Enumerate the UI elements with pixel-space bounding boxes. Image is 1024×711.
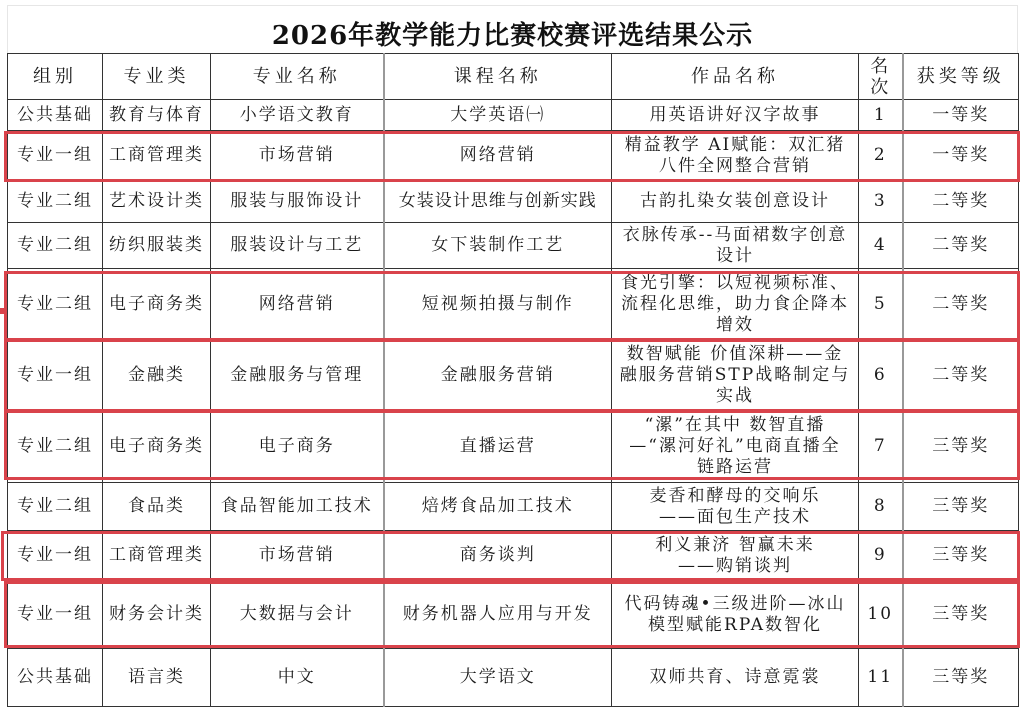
cell-group: 专业二组	[8, 411, 103, 483]
cell-award: 二等奖	[903, 223, 1019, 269]
cell-rank: 11	[859, 649, 903, 707]
work-line: 代码铸魂•三级进阶—冰山	[614, 594, 856, 615]
table-row: 专业一组 金融类 金融服务与管理 金融服务营销 数智赋能 价值深耕——金 融服务…	[8, 341, 1019, 411]
cell-award: 三等奖	[903, 411, 1019, 483]
cell-award: 三等奖	[903, 649, 1019, 707]
cell-category: 工商管理类	[103, 531, 211, 581]
cell-course: 金融服务营销	[384, 341, 612, 411]
cell-course: 大学英语㈠	[384, 100, 612, 131]
header-course: 课程名称	[384, 54, 612, 100]
cell-award: 一等奖	[903, 131, 1019, 181]
cell-rank: 5	[859, 269, 903, 341]
cell-course: 焙烤食品加工技术	[384, 483, 612, 531]
work-line: 链路运营	[614, 457, 856, 478]
results-table: 组别 专业类 专业名称 课程名称 作品名称 名次 获奖等级 公共基础 教育与体育…	[7, 53, 1019, 707]
work-line: 流程化思维，助力食企降本	[614, 294, 856, 315]
cell-work: 双师共育、诗意霓裳	[612, 649, 859, 707]
cell-work: 利义兼济 智赢未来 ——购销谈判	[612, 531, 859, 581]
cell-major: 食品智能加工技术	[211, 483, 384, 531]
cell-group: 公共基础	[8, 100, 103, 131]
cell-group: 专业一组	[8, 131, 103, 181]
cell-work: 麦香和酵母的交响乐 ——面包生产技术	[612, 483, 859, 531]
cell-major: 大数据与会计	[211, 581, 384, 649]
cell-category: 教育与体育	[103, 100, 211, 131]
cell-group: 专业一组	[8, 341, 103, 411]
results-sheet: 2026年教学能力比赛校赛评选结果公示 组别 专业类 专业名称 课程名称 作品名…	[7, 5, 1018, 711]
work-line: 数智赋能 价值深耕——金	[614, 344, 856, 365]
cell-work: 衣脉传承--马面裙数字创意 设计	[612, 223, 859, 269]
cell-category: 金融类	[103, 341, 211, 411]
work-line: 利义兼济 智赢未来	[614, 535, 856, 556]
cell-category: 纺织服装类	[103, 223, 211, 269]
cell-rank: 7	[859, 411, 903, 483]
cell-award: 二等奖	[903, 269, 1019, 341]
cell-work: 食光引擎：以短视频标准、 流程化思维，助力食企降本 增效	[612, 269, 859, 341]
page-title: 2026年教学能力比赛校赛评选结果公示	[272, 15, 753, 52]
cell-rank: 10	[859, 581, 903, 649]
cell-category: 财务会计类	[103, 581, 211, 649]
cell-course: 女下装制作工艺	[384, 223, 612, 269]
header-group: 组别	[8, 54, 103, 100]
highlight-marker	[0, 308, 5, 314]
work-line: 模型赋能RPA数智化	[614, 615, 856, 636]
cell-major: 小学语文教育	[211, 100, 384, 131]
cell-work: 代码铸魂•三级进阶—冰山 模型赋能RPA数智化	[612, 581, 859, 649]
cell-major: 电子商务	[211, 411, 384, 483]
cell-course: 财务机器人应用与开发	[384, 581, 612, 649]
table-row: 专业一组 财务会计类 大数据与会计 财务机器人应用与开发 代码铸魂•三级进阶—冰…	[8, 581, 1019, 649]
work-line: 精益教学 AI赋能：双汇猪	[614, 135, 856, 156]
table-row: 专业二组 艺术设计类 服装与服饰设计 女装设计思维与创新实践 古韵扎染女装创意设…	[8, 181, 1019, 223]
cell-category: 食品类	[103, 483, 211, 531]
work-line: 衣脉传承--马面裙数字创意	[614, 225, 856, 246]
table-row: 专业一组 工商管理类 市场营销 网络营销 精益教学 AI赋能：双汇猪 八件全网整…	[8, 131, 1019, 181]
cell-work: 精益教学 AI赋能：双汇猪 八件全网整合营销	[612, 131, 859, 181]
cell-award: 二等奖	[903, 181, 1019, 223]
cell-course: 女装设计思维与创新实践	[384, 181, 612, 223]
work-line: 设计	[614, 246, 856, 267]
work-line: 融服务营销STP战略制定与	[614, 365, 856, 386]
table-row: 公共基础 语言类 中文 大学语文 双师共育、诗意霓裳 11 三等奖	[8, 649, 1019, 707]
work-line: “漯”在其中 数智直播	[614, 415, 856, 436]
cell-major: 服装与服饰设计	[211, 181, 384, 223]
table-row: 专业一组 工商管理类 市场营销 商务谈判 利义兼济 智赢未来 ——购销谈判 9 …	[8, 531, 1019, 581]
cell-group: 专业二组	[8, 223, 103, 269]
work-line: 八件全网整合营销	[614, 156, 856, 177]
cell-course: 短视频拍摄与制作	[384, 269, 612, 341]
cell-major: 市场营销	[211, 131, 384, 181]
header-row: 组别 专业类 专业名称 课程名称 作品名称 名次 获奖等级	[8, 54, 1019, 100]
cell-rank: 8	[859, 483, 903, 531]
cell-category: 电子商务类	[103, 269, 211, 341]
table-row: 专业二组 纺织服装类 服装设计与工艺 女下装制作工艺 衣脉传承--马面裙数字创意…	[8, 223, 1019, 269]
cell-award: 一等奖	[903, 100, 1019, 131]
title-row: 2026年教学能力比赛校赛评选结果公示	[7, 5, 1018, 53]
cell-major: 网络营销	[211, 269, 384, 341]
cell-award: 三等奖	[903, 581, 1019, 649]
work-line: ——面包生产技术	[614, 507, 856, 528]
cell-course: 网络营销	[384, 131, 612, 181]
cell-group: 专业二组	[8, 483, 103, 531]
cell-rank: 3	[859, 181, 903, 223]
table-row: 专业二组 电子商务类 网络营销 短视频拍摄与制作 食光引擎：以短视频标准、 流程…	[8, 269, 1019, 341]
cell-category: 语言类	[103, 649, 211, 707]
work-line: 用英语讲好汉字故事	[614, 105, 856, 126]
cell-award: 三等奖	[903, 483, 1019, 531]
cell-major: 中文	[211, 649, 384, 707]
table-row: 专业二组 食品类 食品智能加工技术 焙烤食品加工技术 麦香和酵母的交响乐 ——面…	[8, 483, 1019, 531]
work-line: 古韵扎染女装创意设计	[614, 191, 856, 212]
cell-work: 用英语讲好汉字故事	[612, 100, 859, 131]
header-category: 专业类	[103, 54, 211, 100]
cell-rank: 2	[859, 131, 903, 181]
cell-work: 古韵扎染女装创意设计	[612, 181, 859, 223]
cell-major: 金融服务与管理	[211, 341, 384, 411]
cell-category: 工商管理类	[103, 131, 211, 181]
cell-course: 直播运营	[384, 411, 612, 483]
cell-major: 市场营销	[211, 531, 384, 581]
cell-group: 专业二组	[8, 269, 103, 341]
cell-award: 三等奖	[903, 531, 1019, 581]
work-line: 增效	[614, 315, 856, 336]
cell-group: 公共基础	[8, 649, 103, 707]
cell-rank: 1	[859, 100, 903, 131]
cell-group: 专业一组	[8, 531, 103, 581]
work-line: ——购销谈判	[614, 556, 856, 577]
work-line: 双师共育、诗意霓裳	[614, 667, 856, 688]
cell-rank: 6	[859, 341, 903, 411]
cell-category: 电子商务类	[103, 411, 211, 483]
work-line: 食光引擎：以短视频标准、	[614, 273, 856, 294]
header-award: 获奖等级	[903, 54, 1019, 100]
cell-rank: 4	[859, 223, 903, 269]
cell-group: 专业二组	[8, 181, 103, 223]
work-line: 麦香和酵母的交响乐	[614, 486, 856, 507]
cell-category: 艺术设计类	[103, 181, 211, 223]
cell-group: 专业一组	[8, 581, 103, 649]
work-line: 实战	[614, 386, 856, 407]
table-row: 公共基础 教育与体育 小学语文教育 大学英语㈠ 用英语讲好汉字故事 1 一等奖	[8, 100, 1019, 131]
cell-rank: 9	[859, 531, 903, 581]
cell-course: 商务谈判	[384, 531, 612, 581]
cell-award: 二等奖	[903, 341, 1019, 411]
header-work: 作品名称	[612, 54, 859, 100]
header-major: 专业名称	[211, 54, 384, 100]
cell-course: 大学语文	[384, 649, 612, 707]
table-row: 专业二组 电子商务类 电子商务 直播运营 “漯”在其中 数智直播 —“漯河好礼”…	[8, 411, 1019, 483]
work-line: —“漯河好礼”电商直播全	[614, 436, 856, 457]
header-rank: 名次	[859, 54, 903, 100]
cell-work: 数智赋能 价值深耕——金 融服务营销STP战略制定与 实战	[612, 341, 859, 411]
cell-work: “漯”在其中 数智直播 —“漯河好礼”电商直播全 链路运营	[612, 411, 859, 483]
cell-major: 服装设计与工艺	[211, 223, 384, 269]
